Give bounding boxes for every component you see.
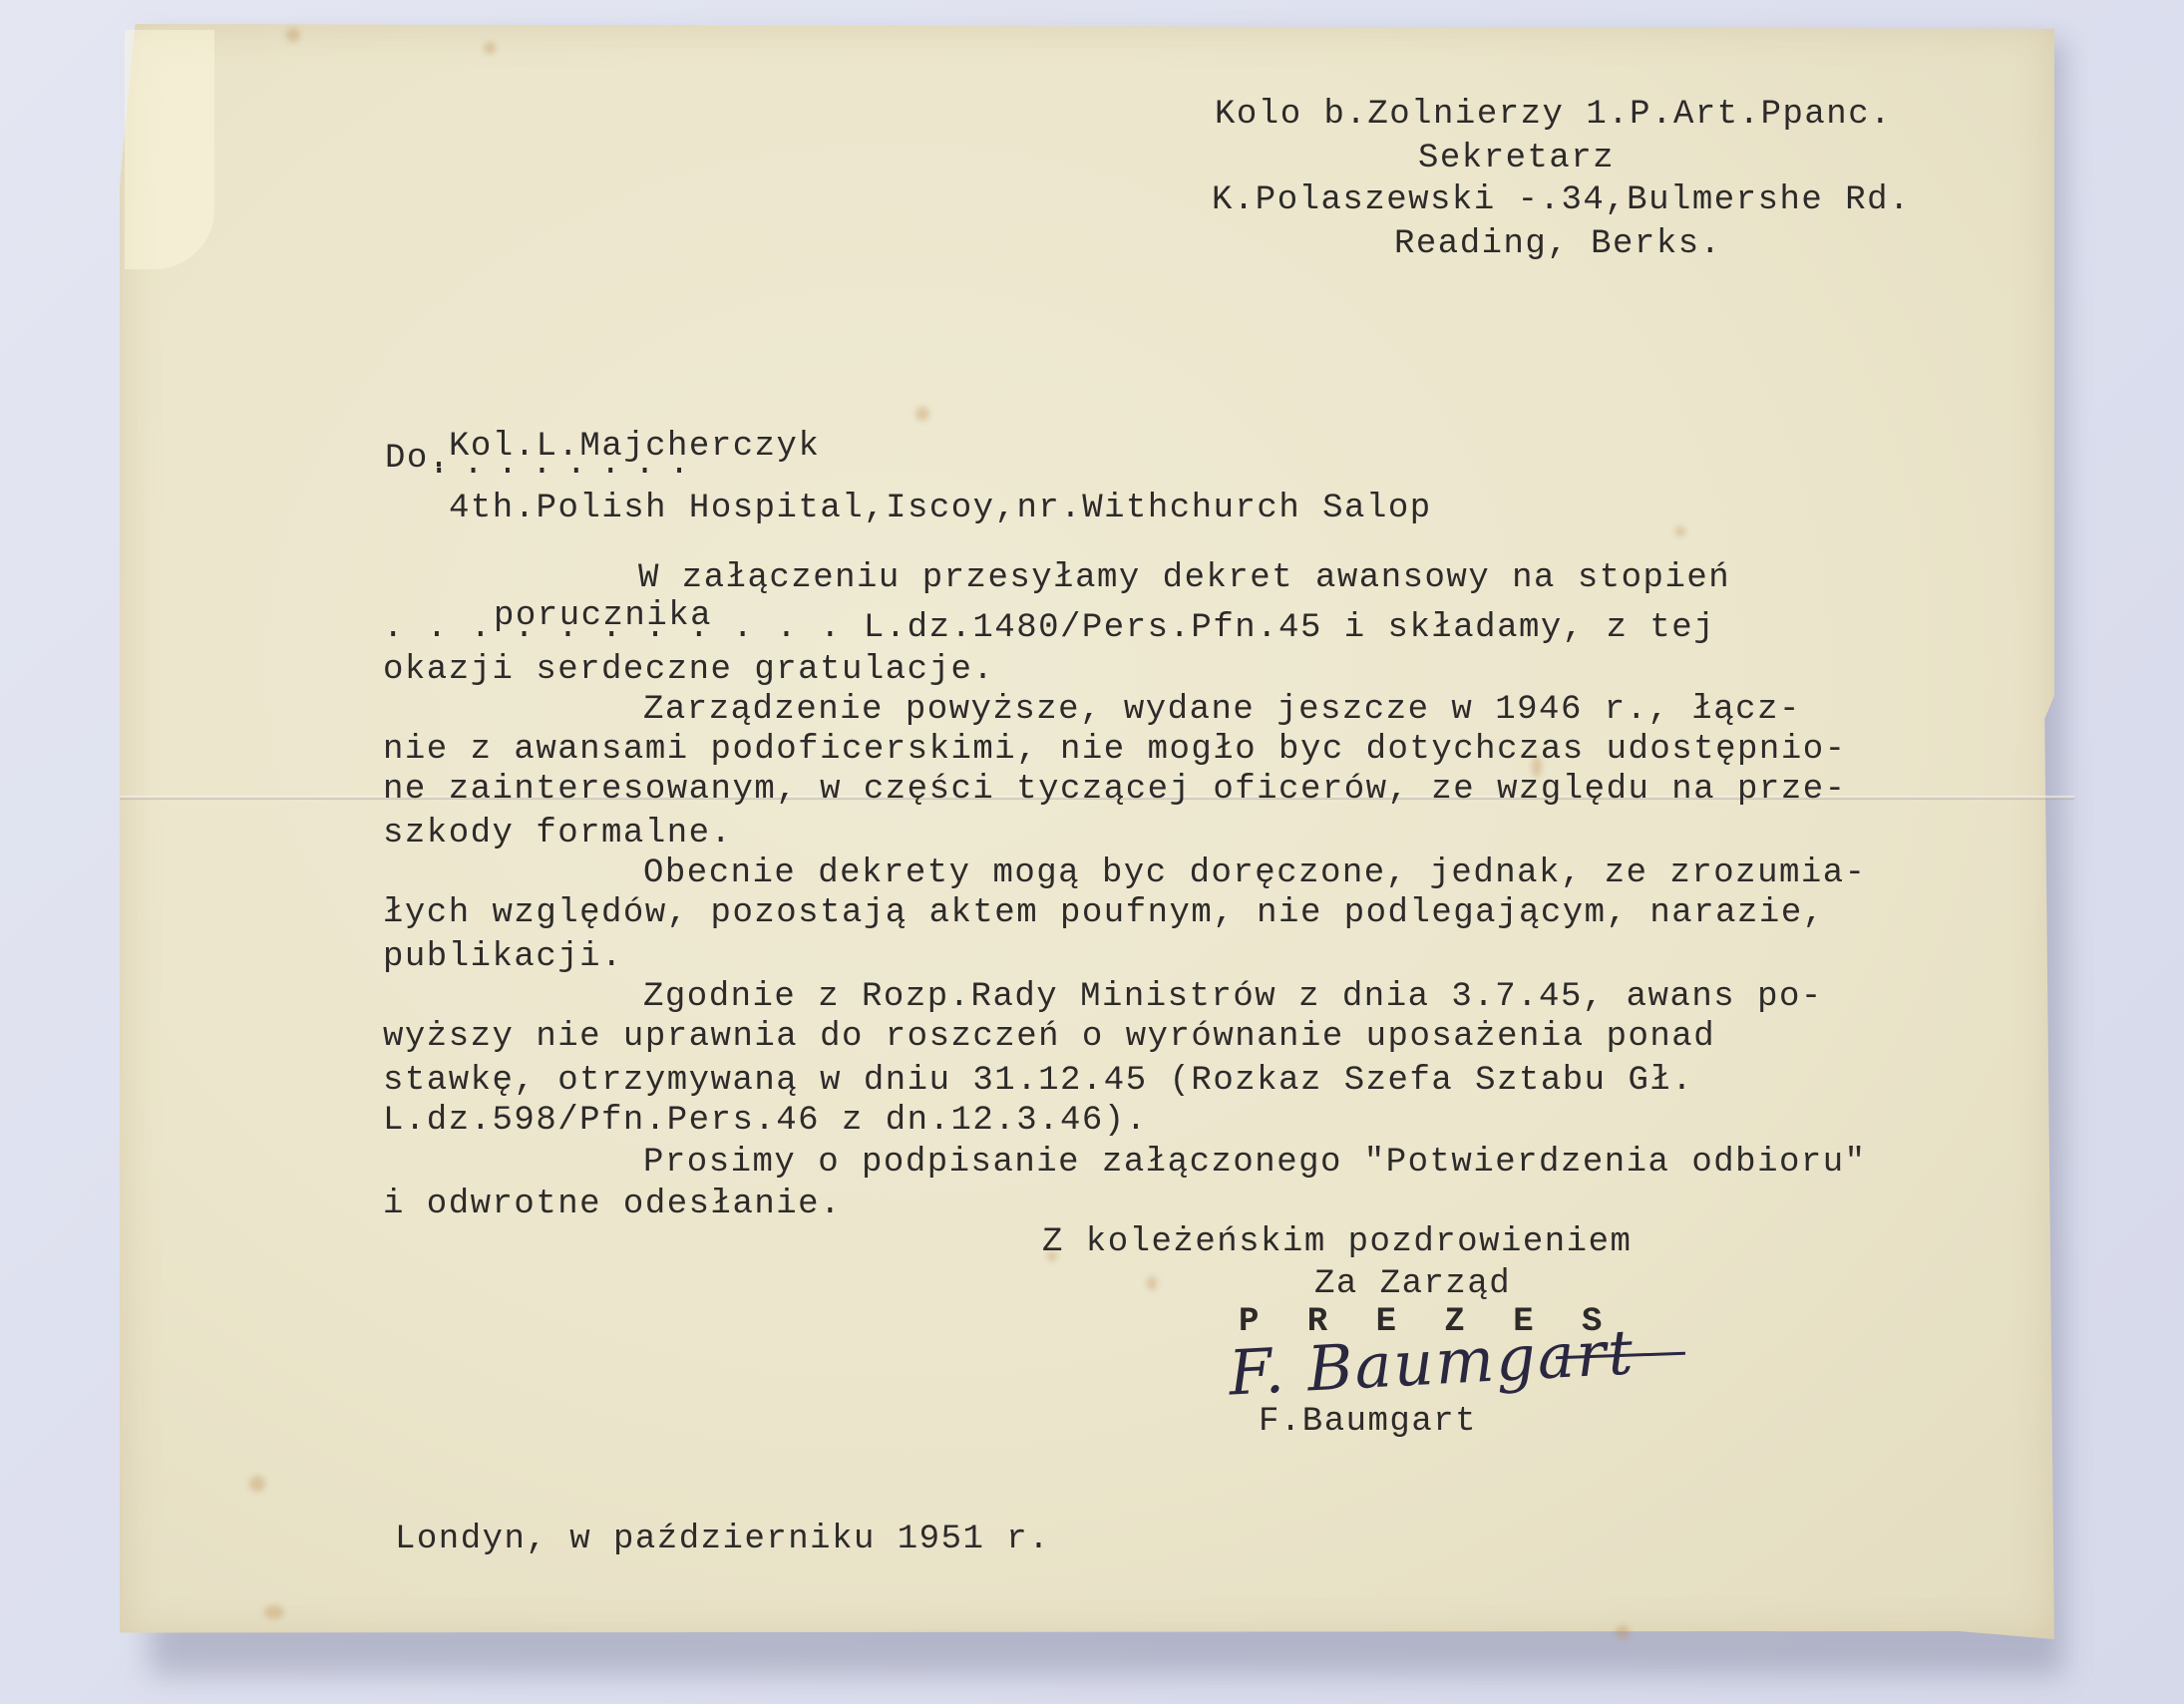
foxing-spot	[1616, 1625, 1630, 1639]
sender-organization: Kolo b.Zolnierzy 1.P.Art.Ppanc.	[1215, 96, 1892, 134]
foxing-spot	[484, 42, 496, 54]
foxing-spot	[249, 1476, 265, 1492]
recipient-address: 4th.Polish Hospital,Iscoy,nr.Withchurch …	[449, 489, 1432, 528]
foxing-spot	[264, 1605, 284, 1619]
body-line: W załączeniu przesyłamy dekret awansowy …	[638, 558, 1730, 598]
body-line: Zgodnie z Rozp.Rady Ministrów z dnia 3.7…	[643, 977, 1823, 1017]
sender-name-address: K.Polaszewski -.34,Bulmershe Rd.	[1212, 181, 1911, 219]
body-line: łych względów, pozostają aktem poufnym, …	[383, 893, 1825, 933]
place-date: Londyn, w październiku 1951 r.	[395, 1520, 1050, 1559]
body-line: okazji serdeczne gratulacje.	[383, 650, 994, 690]
body-line: szkody formalne.	[383, 814, 732, 853]
foxing-spot	[1675, 526, 1685, 536]
body-line: wyższy nie uprawnia do roszczeń o wyrówn…	[383, 1017, 1715, 1057]
foxing-spot	[286, 28, 300, 42]
body-line: nie z awansami podoficerskimi, nie mogło…	[383, 730, 1847, 770]
body-line: ne zainteresowanym, w części tyczącej of…	[383, 770, 1847, 810]
foxing-spot	[1147, 1276, 1157, 1290]
body-line: Obecnie dekrety mogą byc doręczone, jedn…	[643, 853, 1867, 893]
sender-city: Reading, Berks.	[1394, 225, 1722, 263]
body-line: Zarządzenie powyższe, wydane jeszcze w 1…	[643, 690, 1801, 730]
body-line: i odwrotne odesłanie.	[383, 1185, 842, 1224]
recipient-dots: ........	[429, 445, 703, 485]
body-line: Prosimy o podpisanie załączonego "Potwie…	[643, 1143, 1867, 1183]
body-line: . . . . . . . . . . . L.dz.1480/Pers.Pfn…	[383, 608, 1715, 648]
paper-corner-crease	[125, 30, 214, 269]
foxing-spot	[915, 407, 929, 421]
closing-greeting: Z koleżeńskim pozdrowieniem	[1042, 1222, 1632, 1262]
body-line: L.dz.598/Pfn.Pers.46 z dn.12.3.46).	[383, 1101, 1148, 1141]
typed-signature: F.Baumgart	[1259, 1402, 1477, 1442]
closing-on-behalf: Za Zarząd	[1314, 1264, 1511, 1304]
sender-role: Sekretarz	[1418, 140, 1615, 177]
body-line: publikacji.	[383, 937, 623, 977]
body-line: stawkę, otrzymywaną w dniu 31.12.45 (Roz…	[383, 1061, 1693, 1101]
